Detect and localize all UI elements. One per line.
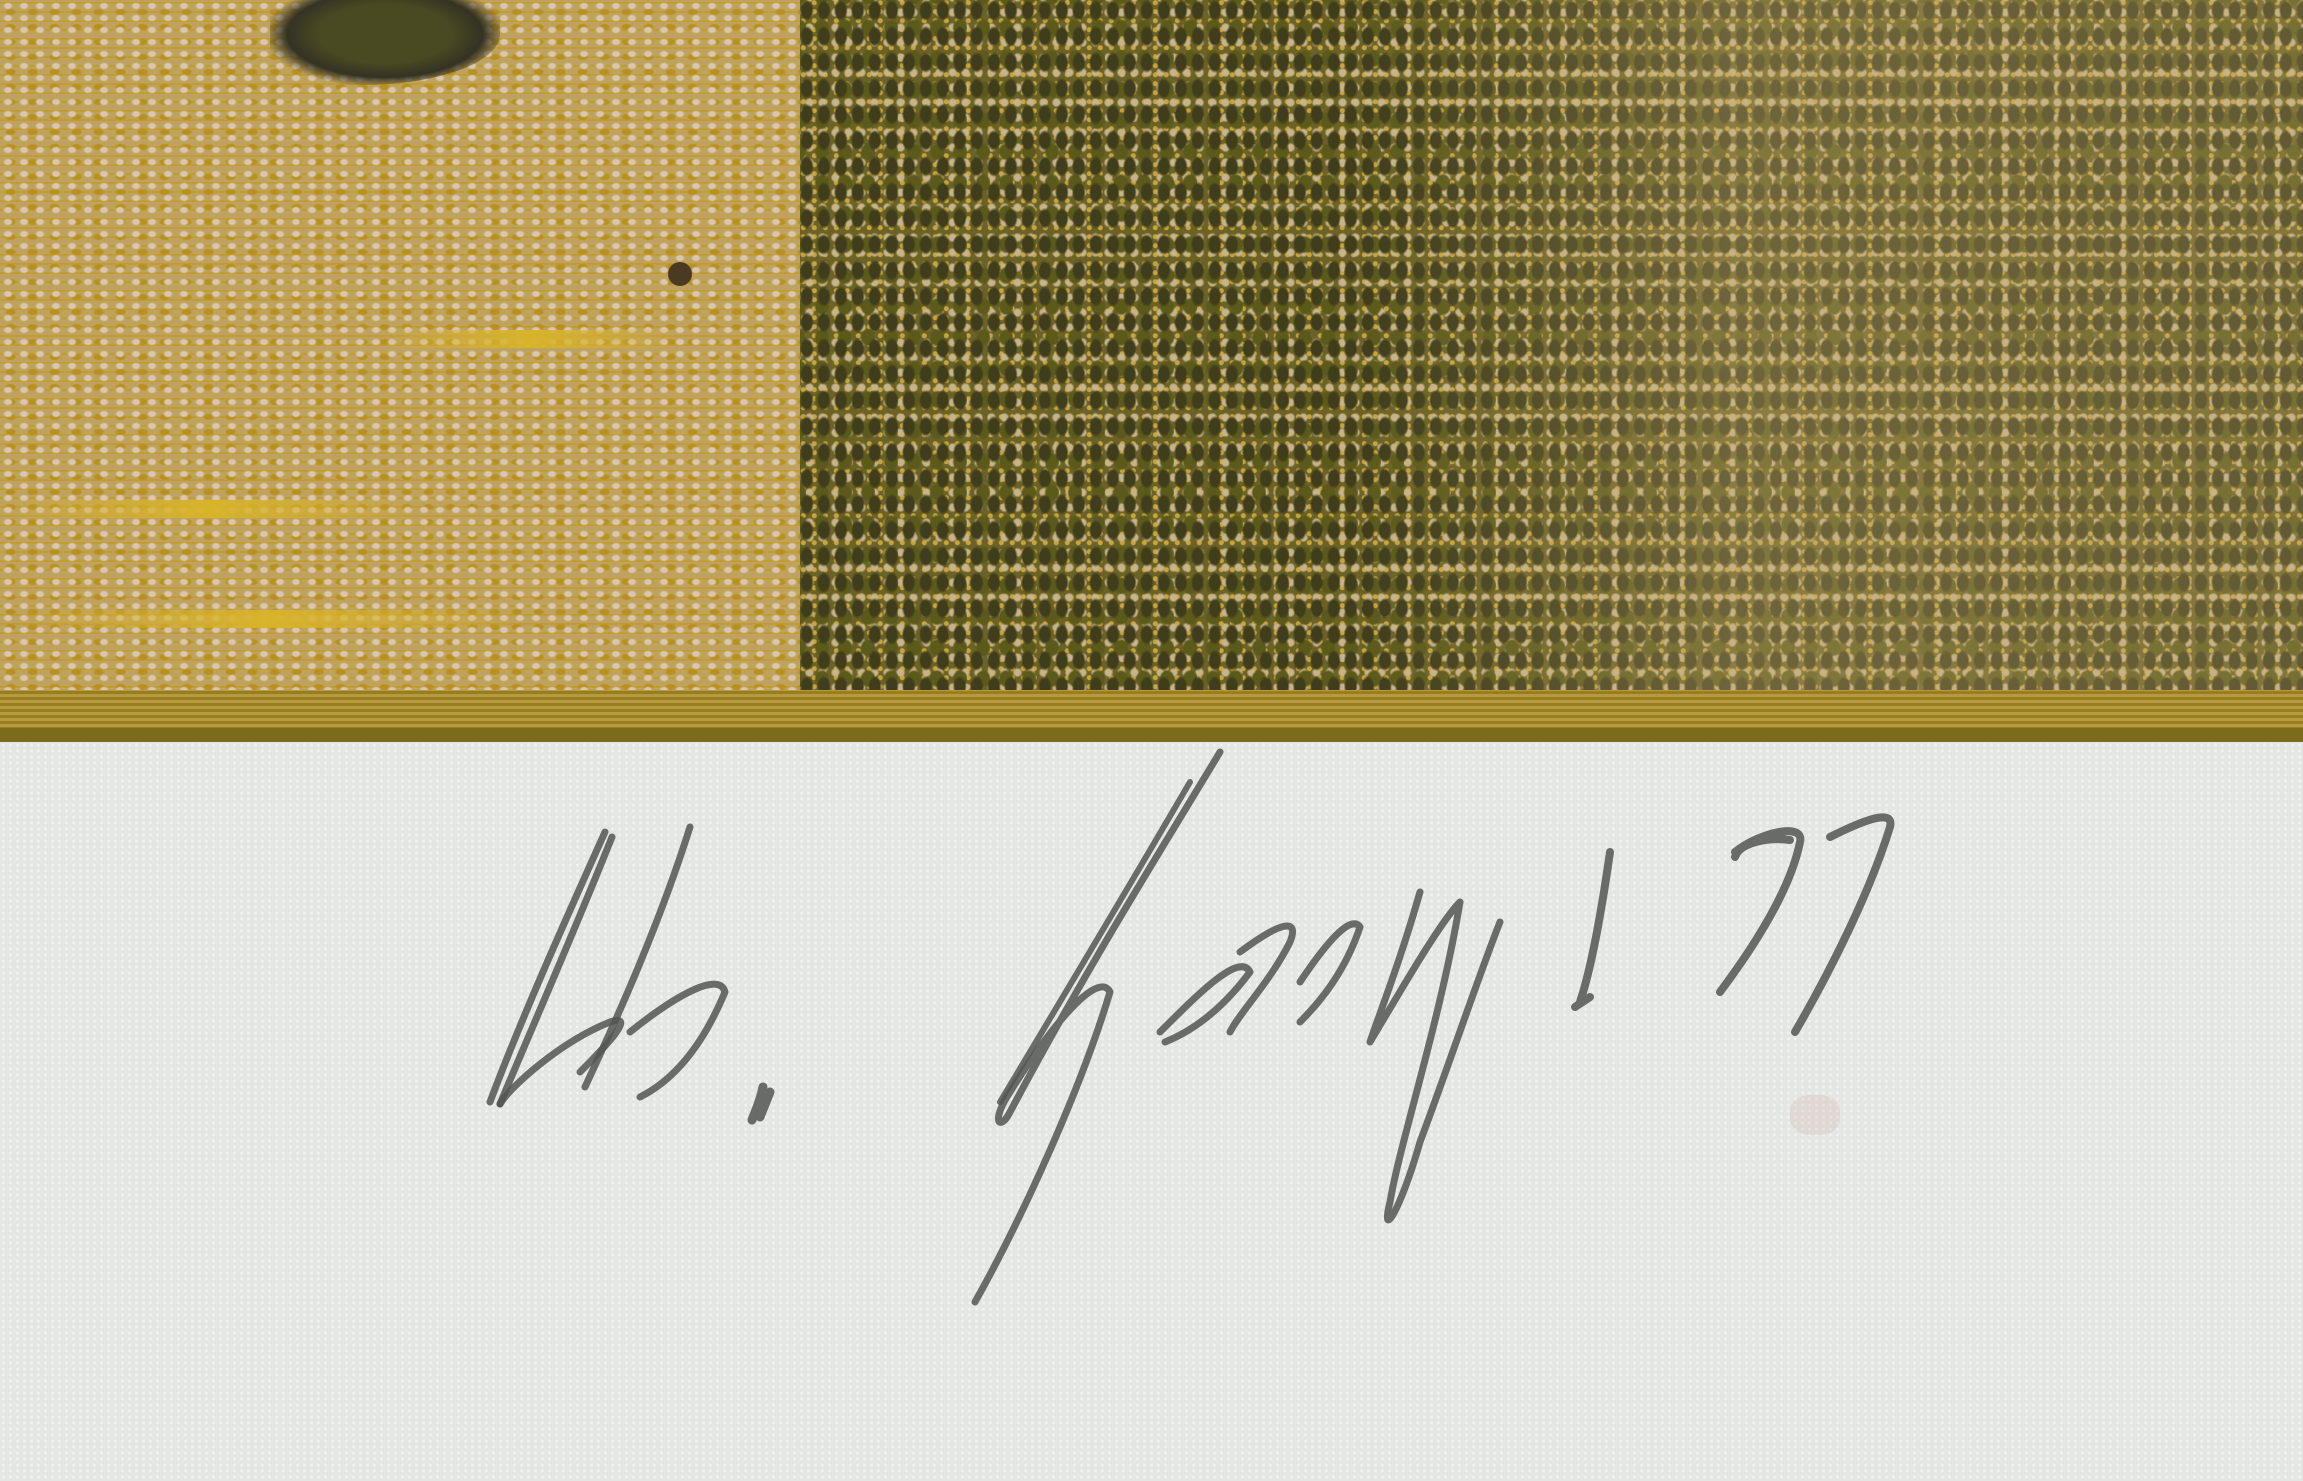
gold-streak bbox=[20, 610, 520, 628]
gold-streak bbox=[0, 500, 420, 518]
dark-ink-spot bbox=[668, 262, 692, 286]
artwork-detail: Ch. Gergi bbox=[0, 0, 2303, 1481]
printed-image-area bbox=[0, 0, 2303, 742]
print-bottom-edge bbox=[0, 690, 2303, 742]
pencil-signature: Ch. Gergi bbox=[0, 742, 2303, 1481]
gold-streak bbox=[380, 330, 680, 348]
ochre-textured-panel bbox=[0, 0, 810, 742]
olive-textured-block bbox=[800, 0, 2303, 690]
